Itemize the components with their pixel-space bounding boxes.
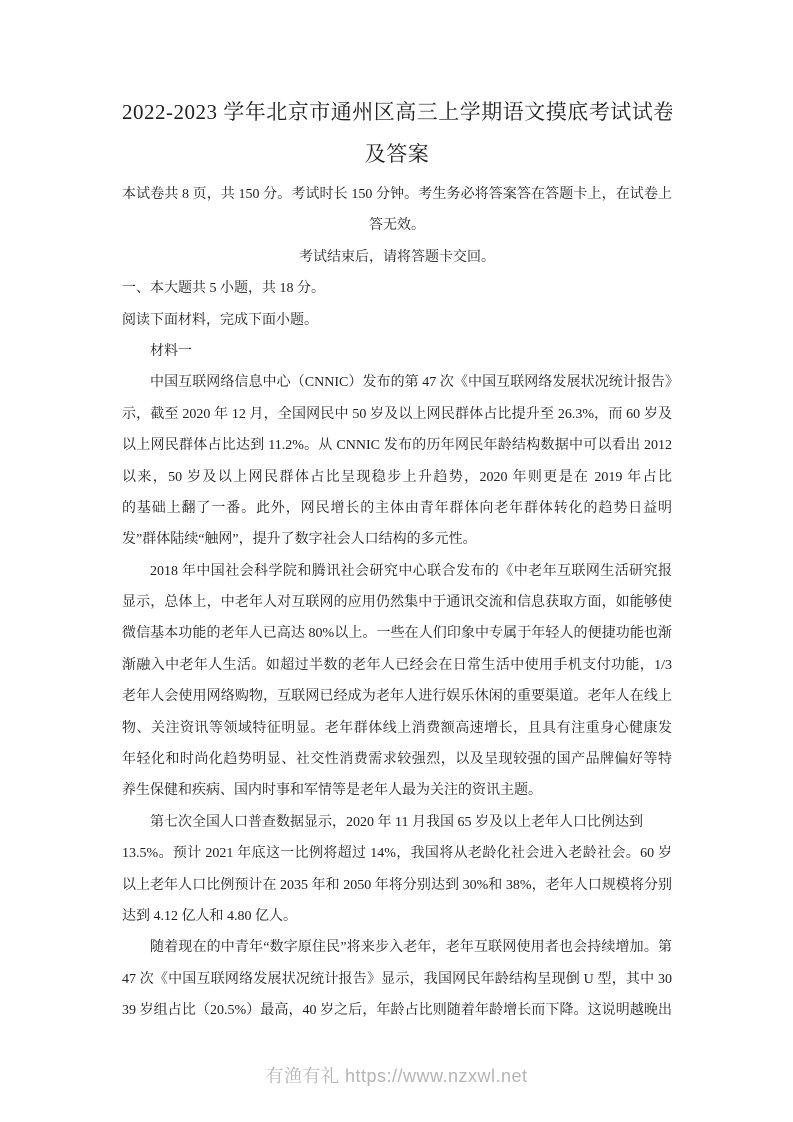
text-line: 答无效。 — [122, 210, 672, 241]
text-line: 本试卷共 8 页，共 150 分。考试时长 150 分钟。考生务必将答案答在答题… — [122, 179, 672, 210]
text-line: 39 岁组占比（20.5%）最高，40 岁之后，年龄占比则随着年龄增长而下降。这… — [122, 995, 672, 1026]
text-line: 一、本大题共 5 小题，共 18 分。 — [122, 273, 672, 304]
text-line: 13.5%。预计 2021 年底这一比例将超过 14%，我国将从老龄化社会进入老… — [122, 838, 672, 869]
text-line: 的基础上翻了一番。此外，网民增长的主体由青年群体向老年群体转化的趋势日益明显，“… — [122, 493, 672, 524]
document-title: 2022-2023 学年北京市通州区高三上学期语文摸底考试试卷 及答案 — [122, 91, 672, 175]
text-line: 物、关注资讯等领域特征明显。老年群体线上消费额高速增长，且具有注重身心健康发展、 — [122, 713, 672, 744]
text-line: 以来，50 岁及以上网民群体占比呈现稳步上升趋势，2020 年则更是在 2019… — [122, 462, 672, 493]
text-line: 显示，总体上，中老年人对互联网的应用仍然集中于通讯交流和信息获取方面，如能够使用 — [122, 587, 672, 618]
page-footer: 有渔有礼 https://www.nzxwl.net — [0, 1063, 793, 1089]
exam-paper-page: 2022-2023 学年北京市通州区高三上学期语文摸底考试试卷 及答案 本试卷共… — [0, 0, 793, 1122]
text-line: 随着现在的中青年“数字原住民”将来步入老年，老年互联网使用者也会持续增加。第 — [122, 932, 672, 963]
text-line: 第七次全国人口普查数据显示，2020 年 11 月我国 65 岁及以上老年人口比… — [122, 807, 672, 838]
text-line: 示，截至 2020 年 12 月，全国网民中 50 岁及以上网民群体占比提升至 … — [122, 399, 672, 430]
text-line: 中国互联网络信息中心（CNNIC）发布的第 47 次《中国互联网络发展状况统计报… — [122, 367, 672, 398]
document-title-line-1: 2022-2023 学年北京市通州区高三上学期语文摸底考试试卷 — [122, 91, 672, 133]
text-line: 47 次《中国互联网络发展状况统计报告》显示，我国网民年龄结构呈现倒 U 型，其… — [122, 964, 672, 995]
text-line: 以上老年人口比例预计在 2035 年和 2050 年将分别达到 30%和 38%… — [122, 870, 672, 901]
text-line: 渐融入中老年人生活。如超过半数的老年人已经会在日常生活中使用手机支付功能，1/3… — [122, 650, 672, 681]
text-line: 考试结束后，请将答题卡交回。 — [122, 242, 672, 273]
text-line: 老年人会使用网络购物，互联网已经成为老年人进行娱乐休闲的重要渠道。老年人在线上购 — [122, 681, 672, 712]
text-line: 发”群体陆续“触网”，提升了数字社会人口结构的多元性。 — [122, 524, 672, 555]
footer-watermark: 有渔有礼 https://www.nzxwl.net — [265, 1066, 527, 1086]
text-line: 阅读下面材料，完成下面小题。 — [122, 305, 672, 336]
text-line: 2018 年中国社会科学院和腾讯社会研究中心联合发布的《中老年互联网生活研究报告… — [122, 556, 672, 587]
text-line: 材料一 — [122, 336, 672, 367]
text-line: 达到 4.12 亿人和 4.80 亿人。 — [122, 901, 672, 932]
text-line: 微信基本功能的老年人已高达 80%以上。一些在人们印象中专属于年轻人的便捷功能也… — [122, 618, 672, 649]
document-body: 本试卷共 8 页，共 150 分。考试时长 150 分钟。考生务必将答案答在答题… — [122, 179, 672, 1027]
text-line: 以上网民群体占比达到 11.2%。从 CNNIC 发布的历年网民年龄结构数据中可… — [122, 430, 672, 461]
text-line: 养生保健和疾病、国内时事和军情等是老年人最为关注的资讯主题。 — [122, 775, 672, 806]
text-line: 年轻化和时尚化趋势明显、社交性消费需求较强烈，以及呈现较强的国产品牌偏好等特征。 — [122, 744, 672, 775]
document-title-line-2: 及答案 — [122, 133, 672, 175]
